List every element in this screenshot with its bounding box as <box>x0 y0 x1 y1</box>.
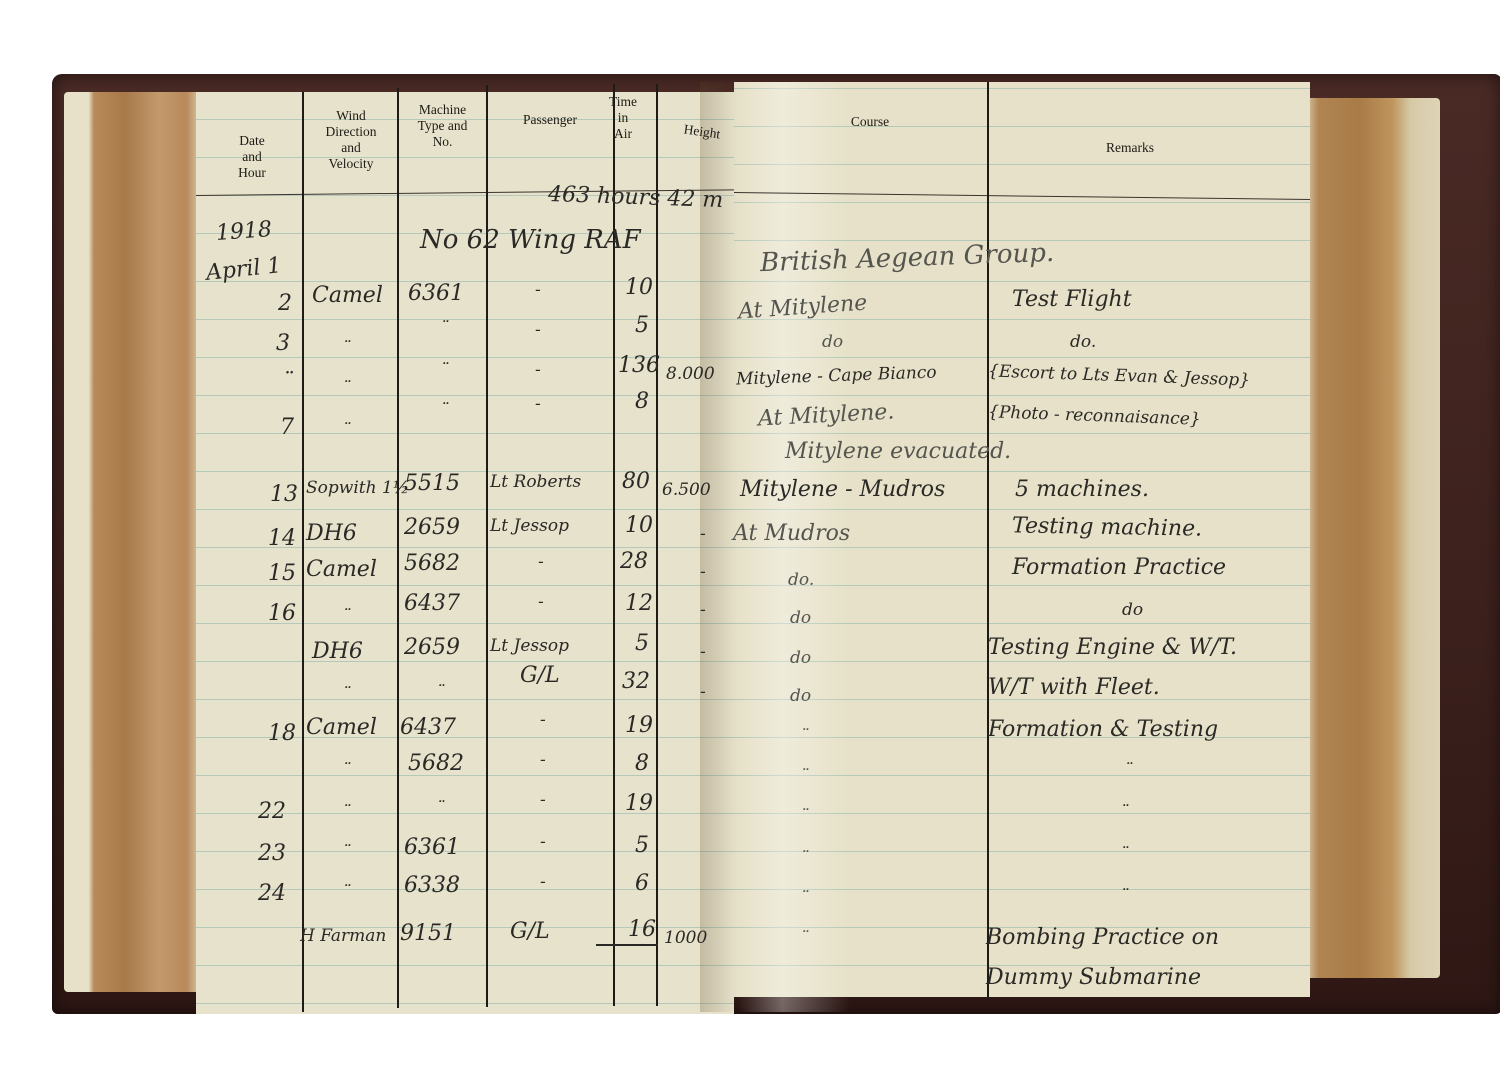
column-header-remarks: Remarks <box>1070 140 1190 156</box>
entry-machine-type: ¨ <box>342 880 351 904</box>
entry-passenger: - <box>540 870 546 894</box>
entry-date: 24 <box>258 882 286 906</box>
entry-machine-type: Camel <box>312 284 383 308</box>
entry-passenger: - <box>538 590 544 614</box>
entry-passenger: - <box>535 392 541 416</box>
entry-course: ¨ <box>800 846 809 870</box>
entry-remarks: Testing machine. <box>1012 514 1202 541</box>
column-header-wind: Wind Direction and Velocity <box>306 108 396 172</box>
column-header-date: Date and Hour <box>222 133 282 181</box>
entry-course: do <box>822 330 843 354</box>
entry-course: ¨ <box>800 724 809 748</box>
entry-date: 3 <box>276 332 290 356</box>
entry-course: Mitylene - Mudros <box>740 478 945 502</box>
entry-course: At Mudros <box>733 522 850 546</box>
entry-time-in-air: 10 <box>625 276 653 300</box>
entry-passenger: - <box>540 830 546 854</box>
entry-height: 1000 <box>664 926 707 950</box>
entry-course: ¨ <box>800 926 809 950</box>
entry-machine-number: 6361 <box>408 282 464 306</box>
entry-machine-number: 9151 <box>400 922 456 946</box>
column-header-machine: Machine Type and No. <box>400 102 485 150</box>
entry-time-in-air: 19 <box>625 714 653 738</box>
entry-course: ¨ <box>800 804 809 828</box>
entry-course: Mitylene evacuated. <box>785 440 1011 464</box>
entry-course: do <box>790 646 811 670</box>
entry-time-in-air: 5 <box>635 314 649 338</box>
entry-time-in-air: 12 <box>625 592 653 616</box>
entry-remarks: Test Flight <box>1012 288 1132 312</box>
entry-machine-number: 5682 <box>408 752 464 776</box>
entry-machine-number: ¨ <box>440 316 449 340</box>
entry-passenger: Lt Jessop <box>490 634 569 658</box>
entry-height: - <box>700 598 706 622</box>
entry-remarks: do <box>1122 598 1143 622</box>
entry-course: do. <box>788 568 814 592</box>
entry-machine-number: ¨ <box>436 796 445 820</box>
entry-time-in-air: 32 <box>622 670 650 694</box>
entry-remarks: Dummy Submarine <box>986 966 1201 990</box>
column-divider <box>987 82 989 1002</box>
entry-machine-type: ¨ <box>342 800 351 824</box>
entry-remarks: ¨ <box>1120 884 1129 908</box>
left-page-edges <box>64 92 200 992</box>
entry-time-in-air: 5 <box>635 632 649 656</box>
entry-passenger: - <box>535 358 541 382</box>
column-header-time: Time in Air <box>593 94 653 142</box>
entry-passenger: Lt Jessop <box>490 514 569 538</box>
entry-date: 14 <box>268 527 296 551</box>
entry-time-in-air: 19 <box>625 792 653 816</box>
entry-height: - <box>700 560 706 584</box>
right-page-edges <box>1305 98 1440 978</box>
entry-date: 23 <box>258 842 286 866</box>
entry-machine-type: ¨ <box>342 840 351 864</box>
entry-remarks: 5 machines. <box>1015 478 1149 502</box>
entry-machine-type: ¨ <box>342 418 351 442</box>
entry-passenger: - <box>540 748 546 772</box>
column-divider <box>397 88 399 1008</box>
entry-machine-number: ¨ <box>440 398 449 422</box>
entry-time-in-air: 136 <box>618 354 660 378</box>
entry-height: - <box>700 680 706 704</box>
entry-course: do <box>790 606 811 630</box>
entry-machine-type: Sopwith 1½ <box>306 476 409 500</box>
entry-course: ¨ <box>800 764 809 788</box>
entry-machine-type: ¨ <box>342 336 351 360</box>
year-note: 1918 <box>215 218 273 246</box>
entry-passenger: - <box>535 318 541 342</box>
entry-remarks: Formation & Testing <box>988 718 1218 742</box>
column-divider <box>486 85 488 1007</box>
entry-machine-number: 6338 <box>404 874 460 898</box>
entry-date: 2 <box>278 292 292 316</box>
column-divider <box>656 84 658 1006</box>
entry-time-in-air: 5 <box>635 834 649 858</box>
total-underline <box>596 944 658 946</box>
entry-passenger: - <box>535 278 541 302</box>
entry-remarks: ¨ <box>1120 800 1129 824</box>
entry-machine-type: Camel <box>306 716 377 740</box>
entry-passenger: G/L <box>520 664 560 688</box>
column-divider <box>302 92 304 1012</box>
entry-height: - <box>700 522 706 546</box>
entry-remarks: Testing Engine & W/T. <box>988 636 1237 660</box>
entry-height: 6.500 <box>662 478 711 502</box>
entry-passenger: - <box>540 708 546 732</box>
entry-machine-number: 2659 <box>404 636 460 660</box>
entry-time-in-air: 8 <box>635 390 649 414</box>
entry-machine-type: ¨ <box>342 376 351 400</box>
entry-time-in-air: 8 <box>635 752 649 776</box>
column-header-course: Course <box>820 114 920 130</box>
entry-remarks: Bombing Practice on <box>986 926 1219 950</box>
entry-machine-number: 6361 <box>404 836 460 860</box>
entry-time-in-air: 10 <box>625 514 653 538</box>
entry-passenger: - <box>538 550 544 574</box>
entry-machine-number: 5515 <box>404 472 460 496</box>
entry-time-in-air: 6 <box>635 872 649 896</box>
entry-machine-number: ¨ <box>440 358 449 382</box>
entry-date: ¨ <box>282 370 293 394</box>
entry-machine-number: 2659 <box>404 516 460 540</box>
entry-machine-number: 6437 <box>400 716 456 740</box>
entry-remarks: do. <box>1070 330 1096 354</box>
entry-height: 8.000 <box>666 362 715 386</box>
entry-passenger: Lt Roberts <box>490 470 581 494</box>
entry-machine-type: H Farman <box>300 924 386 948</box>
entry-machine-type: DH6 <box>312 640 363 664</box>
entry-course: ¨ <box>800 886 809 910</box>
entry-remarks: ¨ <box>1124 758 1133 782</box>
entry-date: 7 <box>280 416 294 440</box>
entry-date: 15 <box>268 562 296 586</box>
entry-machine-number: ¨ <box>436 680 445 704</box>
entry-time-in-air: 28 <box>620 550 648 574</box>
entry-date: 13 <box>270 483 298 507</box>
entry-machine-type: Camel <box>306 558 377 582</box>
entry-remarks: W/T with Fleet. <box>988 676 1160 700</box>
entry-course: do <box>790 684 811 708</box>
entry-machine-number: 6437 <box>404 592 460 616</box>
entry-date: 18 <box>268 722 296 746</box>
entry-time-in-air: 80 <box>622 470 650 494</box>
entry-height: - <box>700 640 706 664</box>
column-divider <box>613 84 615 1006</box>
entry-date: 22 <box>258 800 286 824</box>
entry-remarks: Formation Practice <box>1012 556 1226 580</box>
entry-machine-type: DH6 <box>306 522 357 546</box>
entry-passenger: G/L <box>510 920 550 944</box>
entry-machine-type: ¨ <box>342 682 351 706</box>
entry-machine-number: 5682 <box>404 552 460 576</box>
entry-remarks: ¨ <box>1120 842 1129 866</box>
entry-time-in-air: 16 <box>628 918 656 942</box>
entry-date: 16 <box>268 602 296 626</box>
entry-machine-type: ¨ <box>342 604 351 628</box>
entry-passenger: - <box>540 788 546 812</box>
entry-machine-type: ¨ <box>342 758 351 782</box>
unit-note: No 62 Wing RAF <box>420 228 641 252</box>
